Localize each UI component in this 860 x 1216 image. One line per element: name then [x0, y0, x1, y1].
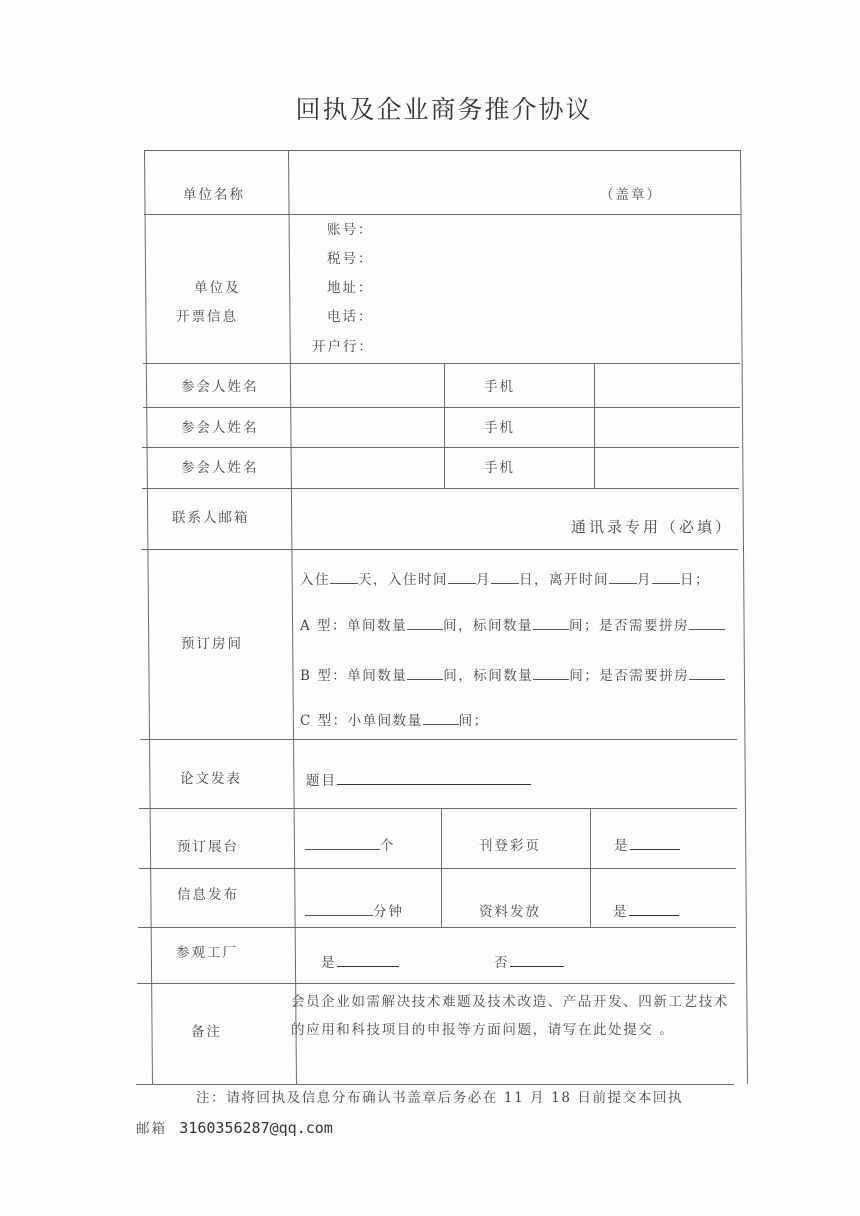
text: 月 — [476, 572, 491, 588]
table-border-left — [144, 150, 153, 1084]
text: 间，标间数量 — [443, 668, 533, 684]
type-b-single-blank[interactable] — [407, 667, 443, 680]
attendee-phone-label: 手机 — [484, 456, 515, 476]
remarks-text-line1: 会员企业如需解决技术难题及技术改造、产品开发、四新工艺技术 — [291, 990, 729, 1010]
color-page-ad-label: 刊登彩页 — [479, 834, 541, 854]
type-a-standard-blank[interactable] — [533, 617, 569, 630]
text: 入住 — [300, 572, 330, 588]
checkin-month-blank[interactable] — [448, 571, 476, 584]
type-b-share-blank[interactable] — [689, 667, 725, 680]
row-divider — [139, 808, 737, 809]
yes-text: 是 — [614, 838, 630, 854]
color-page-yes-blank[interactable] — [630, 837, 680, 850]
email-address[interactable]: 3160356287@qq.com — [179, 1119, 333, 1137]
checkout-day-blank[interactable] — [652, 571, 680, 584]
text: 间，标间数量 — [443, 618, 533, 634]
row-divider — [143, 363, 740, 364]
attendee-name-label: 参会人姓名 — [181, 456, 259, 476]
booth-count-line: 个 — [305, 834, 396, 854]
type-b-standard-blank[interactable] — [533, 667, 569, 680]
material-yes-line: 是 — [613, 900, 679, 920]
attendee-name-input[interactable] — [290, 365, 442, 405]
row-divider — [144, 214, 740, 215]
remarks-label: 备注 — [191, 1020, 222, 1040]
type-b-line: B 型：单间数量间，标间数量间；是否需要拼房 — [300, 664, 725, 684]
col-divider — [590, 808, 591, 927]
color-page-yes-line: 是 — [614, 834, 680, 854]
checkout-month-blank[interactable] — [609, 571, 637, 584]
col-divider — [441, 808, 442, 927]
topic-label: 题目 — [306, 773, 337, 789]
address-field-label: 地址： — [327, 276, 374, 296]
factory-no-line: 否 — [494, 951, 564, 971]
row-divider — [143, 407, 740, 408]
directory-required-note: 通讯录专用（必填） — [571, 516, 733, 537]
paper-label: 论文发表 — [180, 767, 242, 787]
text: 日； — [680, 572, 710, 588]
unit-text: 个 — [380, 838, 396, 854]
paper-topic-line: 题目 — [306, 769, 531, 789]
submission-note: 注：请将回执及信息分布确认书盖章后务必在 11 月 18 日前提交本回执 — [196, 1086, 683, 1106]
table-border-top — [144, 150, 740, 151]
text: 天，入住时间 — [358, 572, 448, 588]
checkin-day-blank[interactable] — [491, 571, 519, 584]
footer-email-line: 邮箱 3160356287@qq.com — [136, 1117, 333, 1137]
table-border-bottom — [136, 1084, 734, 1085]
no-text: 否 — [494, 955, 510, 971]
material-distribution-label: 资料发放 — [479, 900, 541, 920]
row-divider — [142, 488, 739, 489]
text: B 型：单间数量 — [300, 668, 407, 684]
phone-field-label: 电话： — [327, 305, 374, 325]
attendee-name-input[interactable] — [290, 449, 442, 486]
attendee-phone-input[interactable] — [596, 409, 738, 445]
text: 日，离开时间 — [519, 572, 609, 588]
remarks-text-line2: 的应用和科技项目的申报等方面问题，请写在此处提交 。 — [291, 1018, 674, 1038]
attendee-phone-label: 手机 — [484, 375, 515, 395]
yes-text: 是 — [321, 955, 337, 971]
room-booking-label: 预订房间 — [181, 632, 243, 652]
tax-id-field-label: 税号： — [327, 247, 374, 267]
info-release-minutes-line: 分钟 — [305, 900, 404, 920]
text: C 型：小单间数量 — [300, 713, 423, 729]
text: 月 — [637, 572, 652, 588]
yes-text: 是 — [613, 904, 629, 920]
billing-label-line1: 单位及 — [194, 276, 241, 296]
info-release-minutes-blank[interactable] — [305, 903, 373, 916]
factory-yes-blank[interactable] — [337, 954, 399, 967]
bank-field-label: 开户行： — [312, 335, 374, 355]
row-divider — [137, 983, 735, 984]
type-c-small-single-blank[interactable] — [423, 712, 459, 725]
text: 间；是否需要拼房 — [569, 668, 689, 684]
unit-name-field[interactable] — [290, 152, 738, 212]
account-field-label: 账号： — [327, 218, 374, 238]
row-divider — [142, 447, 739, 448]
text: 间；是否需要拼房 — [569, 618, 689, 634]
type-a-single-blank[interactable] — [407, 617, 443, 630]
row-divider — [139, 868, 736, 869]
unit-name-label: 单位名称 — [183, 183, 245, 203]
label-column-divider — [288, 150, 297, 1084]
remarks-input[interactable] — [284, 1040, 732, 1082]
seal-note: （盖章） — [600, 183, 662, 203]
booth-label: 预订展台 — [177, 835, 239, 855]
contact-email-label: 联系人邮箱 — [172, 506, 250, 526]
row-divider — [140, 739, 737, 740]
info-release-label: 信息发布 — [177, 883, 239, 903]
type-a-share-blank[interactable] — [689, 617, 725, 630]
attendee-name-label: 参会人姓名 — [181, 416, 259, 436]
text: A 型：单间数量 — [300, 618, 407, 634]
attendee-phone-label: 手机 — [484, 416, 515, 436]
paper-topic-blank[interactable] — [337, 772, 531, 785]
stay-days-blank[interactable] — [330, 571, 358, 584]
billing-info-field[interactable] — [375, 216, 737, 361]
row-divider — [138, 927, 736, 928]
email-label: 邮箱 — [136, 1121, 167, 1137]
text: 间； — [459, 713, 489, 729]
col-divider — [594, 363, 595, 488]
factory-yes-line: 是 — [321, 951, 399, 971]
booth-count-blank[interactable] — [305, 837, 380, 850]
col-divider — [444, 363, 445, 488]
attendee-phone-input[interactable] — [596, 449, 738, 486]
row-divider — [141, 549, 738, 550]
material-yes-blank[interactable] — [629, 903, 679, 916]
attendee-name-label: 参会人姓名 — [181, 375, 259, 395]
attendee-name-input[interactable] — [290, 409, 442, 445]
table-border-right — [740, 150, 748, 1084]
stay-line: 入住天，入住时间月日，离开时间月日； — [300, 568, 710, 588]
factory-visit-label: 参观工厂 — [176, 941, 238, 961]
factory-no-blank[interactable] — [510, 954, 564, 967]
page-title: 回执及企业商务推介协议 — [0, 90, 860, 126]
type-c-line: C 型：小单间数量间； — [300, 709, 489, 729]
type-a-line: A 型：单间数量间，标间数量间；是否需要拼房 — [300, 614, 725, 634]
attendee-phone-input[interactable] — [596, 365, 738, 405]
unit-text: 分钟 — [373, 904, 404, 920]
billing-label-line2: 开票信息 — [176, 305, 238, 325]
